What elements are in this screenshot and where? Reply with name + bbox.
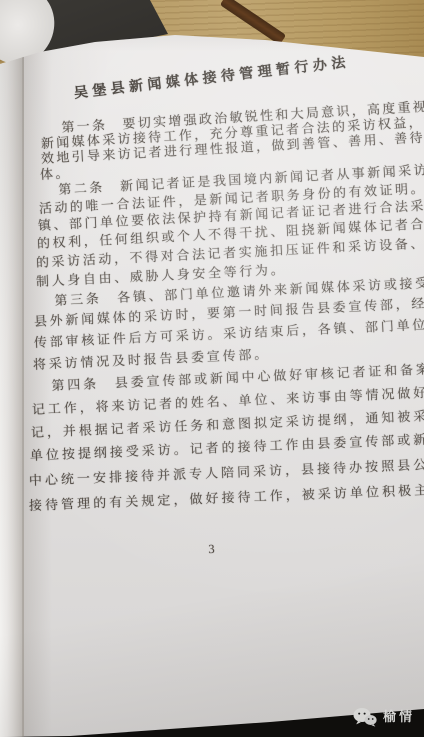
watermark: 榆情 (353, 707, 415, 727)
photo-of-document: 吴堡县新闻媒体接待管理暂行办法 第一条 要切实增强政治敏锐性和大局意识，高度重视… (0, 0, 424, 737)
document-page: 吴堡县新闻媒体接待管理暂行办法 第一条 要切实增强政治敏锐性和大局意识，高度重视… (0, 0, 424, 737)
document-content: 吴堡县新闻媒体接待管理暂行办法 第一条 要切实增强政治敏锐性和大局意识，高度重视… (16, 74, 408, 654)
watermark-label: 榆情 (383, 707, 415, 727)
text-line: 体。 (39, 165, 71, 183)
text-line: 将采访情况及时报告县委宣传部。 (33, 346, 271, 373)
wechat-icon (353, 707, 377, 727)
document-body: 第一条 要切实增强政治敏锐性和大局意识，高度重视新闻媒体采访接待工作，充分尊重记… (16, 74, 408, 654)
